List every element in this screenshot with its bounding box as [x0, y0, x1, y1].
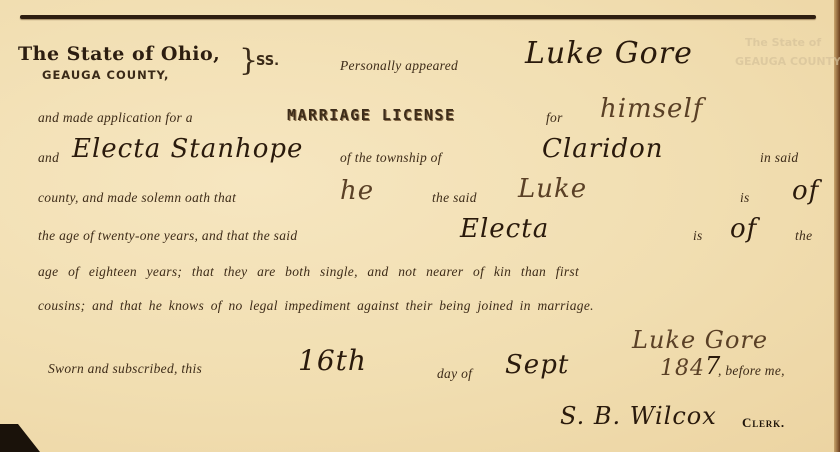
is-text-2: is: [693, 228, 703, 244]
is-text: is: [740, 190, 750, 206]
for-text: for: [546, 110, 563, 126]
clerk-signature: S. B. Wilcox: [560, 402, 717, 430]
top-rule-divider: [20, 15, 816, 19]
bleed-through-text-2: GEAUGA COUNTY: [735, 55, 840, 68]
day-of-text: day of: [437, 366, 472, 382]
the-said-text: the said: [432, 190, 477, 206]
he-handwritten: he: [340, 176, 374, 206]
year-prefix-handwritten: 184: [660, 356, 705, 381]
ss-label: SS.: [256, 54, 279, 69]
solemn-oath-text: county, and made solemn oath that: [38, 190, 236, 206]
of-handwritten: of: [792, 176, 819, 206]
of-handwritten-2: of: [730, 214, 757, 244]
groom-first-name-handwritten: Luke: [518, 174, 587, 204]
county-heading: GEAUGA COUNTY,: [42, 68, 169, 82]
applicant-signature: Luke Gore: [632, 326, 768, 354]
marriage-license-stamp: MARRIAGE LICENSE: [287, 106, 456, 124]
applicant-name-handwritten: Luke Gore: [525, 36, 693, 71]
clerk-title: Clerk.: [742, 415, 785, 431]
and-text: and: [38, 150, 59, 166]
before-me-text: , before me,: [718, 363, 785, 379]
the-text: the: [795, 228, 812, 244]
himself-handwritten: himself: [600, 94, 703, 124]
legal-impediment-text: cousins; and that he knows of no legal i…: [38, 298, 594, 314]
day-handwritten: 16th: [298, 344, 367, 377]
in-said-text: in said: [760, 150, 798, 166]
state-heading: The State of Ohio,: [18, 43, 220, 65]
township-text: of the township of: [340, 150, 442, 166]
age-eighteen-text: age of eighteen years; that they are bot…: [38, 264, 579, 280]
bride-first-name-handwritten: Electa: [460, 214, 549, 244]
application-text: and made application for a: [38, 110, 193, 126]
sworn-subscribed-text: Sworn and subscribed, this: [48, 361, 202, 377]
bride-name-handwritten: Electa Stanhope: [72, 134, 303, 164]
personally-appeared-text: Personally appeared: [340, 58, 458, 74]
month-handwritten: Sept: [505, 350, 569, 380]
bleed-through-text: The State of: [745, 36, 821, 49]
township-handwritten: Claridon: [542, 134, 664, 164]
age-twenty-one-text: the age of twenty-one years, and that th…: [38, 228, 297, 244]
